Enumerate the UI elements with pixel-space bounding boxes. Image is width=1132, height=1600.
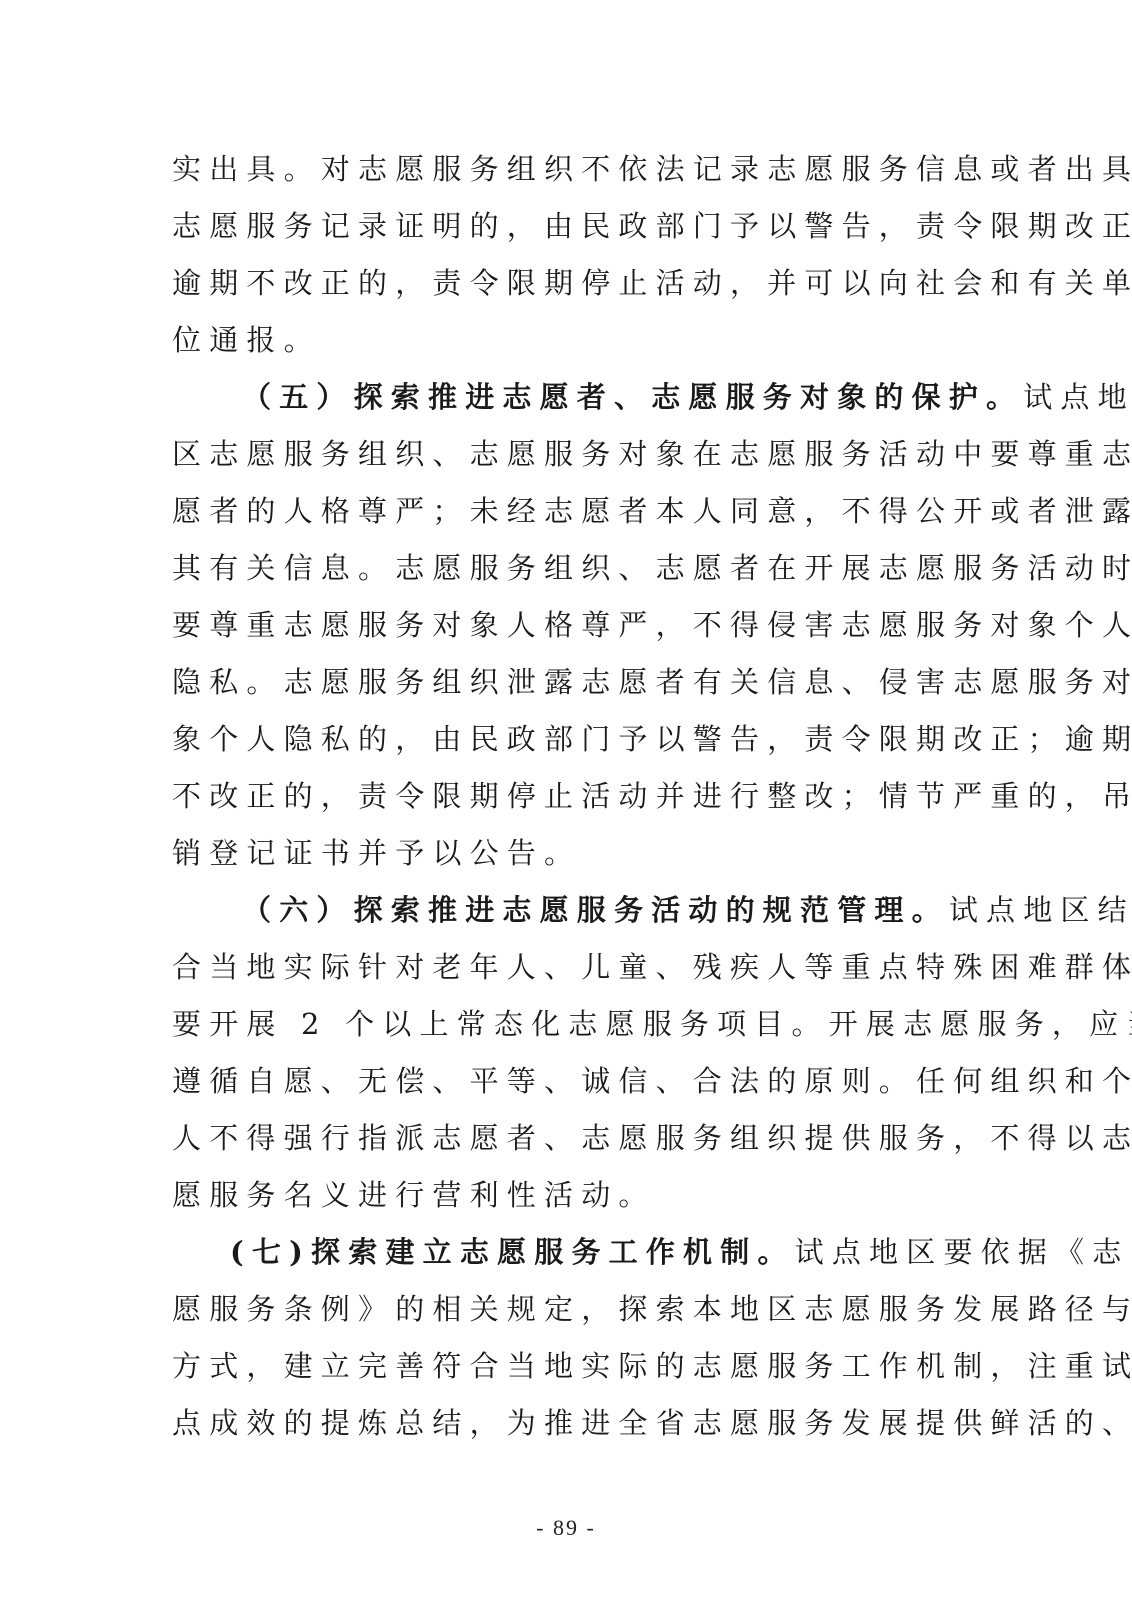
line-text: 试点地区结 [949,893,1132,927]
section-five-line: （五）探索推进志愿者、志愿服务对象的保护。试点地 [172,369,962,426]
text-line: 点成效的提炼总结，为推进全省志愿服务发展提供鲜活的、 [172,1395,962,1452]
line-text: 不改正的，责令限期停止活动并进行整改；情节严重的，吊 [172,779,1132,813]
text-line: 方式，建立完善符合当地实际的志愿服务工作机制，注重试 [172,1338,962,1395]
text-line: 区志愿服务组织、志愿服务对象在志愿服务活动中要尊重志 [172,426,962,483]
text-line: 人不得强行指派志愿者、志愿服务组织提供服务，不得以志 [172,1110,962,1167]
line-text: 志愿服务记录证明的，由民政部门予以警告，责令限期改正； [172,209,1132,243]
line-text: 遵循自愿、无偿、平等、诚信、合法的原则。任何组织和个 [172,1064,1132,1098]
line-text: 象个人隐私的，由民政部门予以警告，责令限期改正；逾期 [172,722,1132,756]
text-line: 位通报。 [172,312,962,369]
text-line: 要尊重志愿服务对象人格尊严，不得侵害志愿服务对象个人 [172,597,962,654]
text-line: 愿者的人格尊严；未经志愿者本人同意，不得公开或者泄露 [172,483,962,540]
text-line: 合当地实际针对老年人、儿童、残疾人等重点特殊困难群体， [172,939,962,996]
line-text: 方式，建立完善符合当地实际的志愿服务工作机制，注重试 [172,1349,1132,1383]
section-heading-six: （六）探索推进志愿服务活动的规范管理。 [242,893,949,927]
line-text: 愿服务条例》的相关规定，探索本地区志愿服务发展路径与 [172,1292,1132,1326]
line-text: 合当地实际针对老年人、儿童、残疾人等重点特殊困难群体， [172,950,1132,984]
text-line: 销登记证书并予以公告。 [172,825,962,882]
text-line: 其有关信息。志愿服务组织、志愿者在开展志愿服务活动时 [172,540,962,597]
body-text: 实出具。对志愿服务组织不依法记录志愿服务信息或者出具 志愿服务记录证明的，由民政… [172,141,962,1452]
line-text: 人不得强行指派志愿者、志愿服务组织提供服务，不得以志 [172,1121,1132,1155]
text-line: 逾期不改正的，责令限期停止活动，并可以向社会和有关单 [172,255,962,312]
text-line: 隐私。志愿服务组织泄露志愿者有关信息、侵害志愿服务对 [172,654,962,711]
line-text: 其有关信息。志愿服务组织、志愿者在开展志愿服务活动时 [172,551,1132,585]
line-text: 实出具。对志愿服务组织不依法记录志愿服务信息或者出具 [172,152,1132,186]
line-text: 销登记证书并予以公告。 [172,836,581,870]
line-text: 要尊重志愿服务对象人格尊严，不得侵害志愿服务对象个人 [172,608,1132,642]
section-heading-seven: (七)探索建立志愿服务工作机制。 [230,1235,795,1269]
line-text: 愿服务名义进行营利性活动。 [172,1178,656,1212]
text-line: 遵循自愿、无偿、平等、诚信、合法的原则。任何组织和个 [172,1053,962,1110]
line-text: 区志愿服务组织、志愿服务对象在志愿服务活动中要尊重志 [172,437,1132,471]
section-heading-five: （五）探索推进志愿者、志愿服务对象的保护。 [242,380,1023,414]
text-line: 实出具。对志愿服务组织不依法记录志愿服务信息或者出具 [172,141,962,198]
line-text: 点成效的提炼总结，为推进全省志愿服务发展提供鲜活的、 [172,1406,1132,1440]
text-line: 象个人隐私的，由民政部门予以警告，责令限期改正；逾期 [172,711,962,768]
line-text: 试点地 [1023,380,1132,414]
line-text: 愿者的人格尊严；未经志愿者本人同意，不得公开或者泄露 [172,494,1132,528]
line-text: 隐私。志愿服务组织泄露志愿者有关信息、侵害志愿服务对 [172,665,1132,699]
line-text: 位通报。 [172,323,321,357]
text-line: 志愿服务记录证明的，由民政部门予以警告，责令限期改正； [172,198,962,255]
text-line: 要开展 2 个以上常态化志愿服务项目。开展志愿服务，应当 [172,996,962,1053]
text-line: 愿服务名义进行营利性活动。 [172,1167,962,1224]
line-text: 逾期不改正的，责令限期停止活动，并可以向社会和有关单 [172,266,1132,300]
section-seven-line: (七)探索建立志愿服务工作机制。试点地区要依据《志 [172,1224,962,1281]
page-number: - 89 - [0,1512,1132,1544]
line-text: 要开展 2 个以上常态化志愿服务项目。开展志愿服务，应当 [172,1007,1132,1041]
section-six-line: （六）探索推进志愿服务活动的规范管理。试点地区结 [172,882,962,939]
text-line: 不改正的，责令限期停止活动并进行整改；情节严重的，吊 [172,768,962,825]
line-text: 试点地区要依据《志 [795,1235,1130,1269]
text-line: 愿服务条例》的相关规定，探索本地区志愿服务发展路径与 [172,1281,962,1338]
document-page: 实出具。对志愿服务组织不依法记录志愿服务信息或者出具 志愿服务记录证明的，由民政… [0,0,1132,1600]
